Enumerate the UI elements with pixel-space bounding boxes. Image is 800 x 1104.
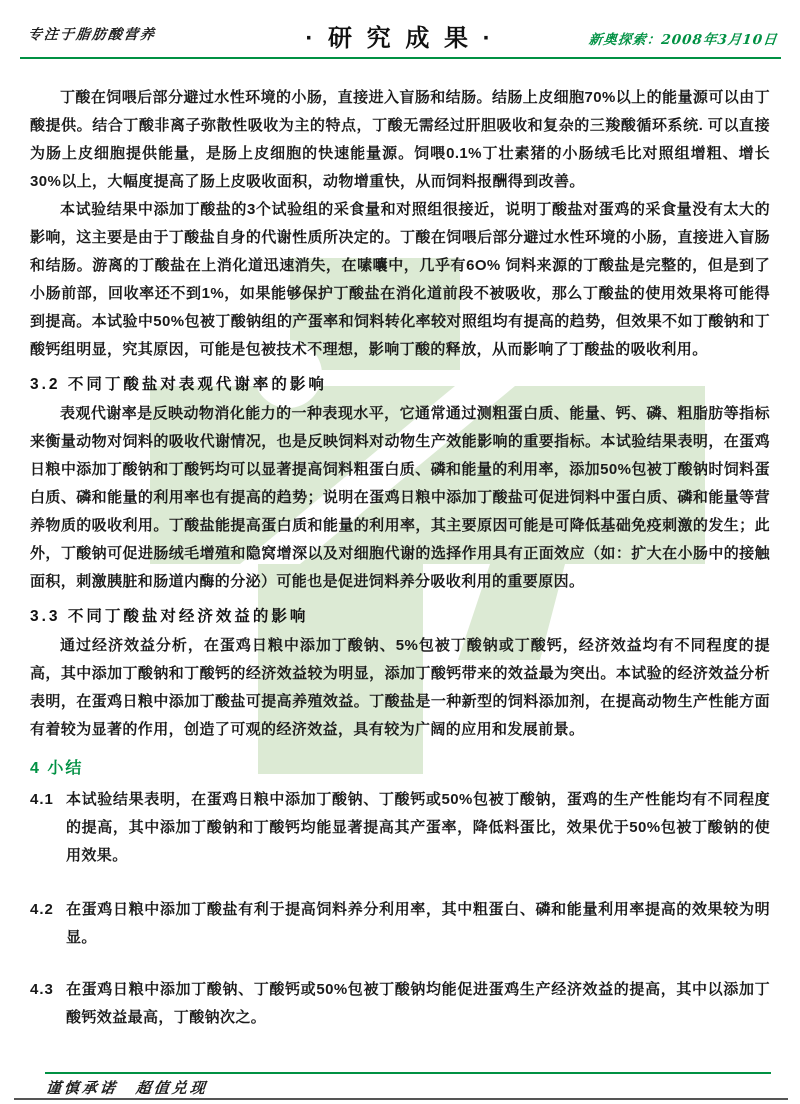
document-page: 专注于脂肪酸营养 · 研 究 成 果 · 新奥探索：2008年3月10日 丁酸在… <box>0 0 800 1104</box>
summary-item-text: 在蛋鸡日粮中添加丁酸钠、丁酸钙或50%包被丁酸钠均能促进蛋鸡生产经济效益的提高，… <box>66 981 770 1026</box>
section-heading-3-3: 3.3 不同丁酸盐对经济效益的影响 <box>30 606 770 628</box>
header-right-date: 新奥探索：2008年3月10日 <box>588 28 779 48</box>
footer-slogan: 谨慎承诺 超值兑现 <box>45 1077 209 1098</box>
header-rule <box>20 57 781 59</box>
paragraph-butyric-absorption: 丁酸在饲喂后部分避过水性环境的小肠，直接进入盲肠和结肠。结肠上皮细胞70%以上的… <box>30 84 770 196</box>
summary-heading: 4 小结 <box>30 758 770 780</box>
summary-item-text: 本试验结果表明，在蛋鸡日粮中添加丁酸钠、丁酸钙或50%包被丁酸钠，蛋鸡的生产性能… <box>66 791 770 864</box>
footer-rule <box>45 1072 771 1074</box>
bottom-edge-line <box>14 1098 788 1100</box>
summary-item-number: 4.1 <box>30 786 54 814</box>
summary-item-number: 4.3 <box>30 976 54 1004</box>
summary-item-4-2: 4.2 在蛋鸡日粮中添加丁酸盐有利于提高饲料养分利用率，其中粗蛋白、磷和能量利用… <box>30 896 770 952</box>
summary-item-4-1: 4.1 本试验结果表明，在蛋鸡日粮中添加丁酸钠、丁酸钙或50%包被丁酸钠，蛋鸡的… <box>30 786 770 870</box>
section-paragraph-3-3: 通过经济效益分析，在蛋鸡日粮中添加丁酸钠、5%包被丁酸钠或丁酸钙，经济效益均有不… <box>30 632 770 744</box>
paragraph-feed-intake: 本试验结果中添加丁酸盐的3个试验组的采食量和对照组很接近，说明丁酸盐对蛋鸡的采食… <box>30 196 770 364</box>
summary-item-text: 在蛋鸡日粮中添加丁酸盐有利于提高饲料养分利用率，其中粗蛋白、磷和能量利用率提高的… <box>66 901 770 946</box>
article-body: 丁酸在饲喂后部分避过水性环境的小肠，直接进入盲肠和结肠。结肠上皮细胞70%以上的… <box>30 84 770 1032</box>
summary-item-4-3: 4.3 在蛋鸡日粮中添加丁酸钠、丁酸钙或50%包被丁酸钠均能促进蛋鸡生产经济效益… <box>30 976 770 1032</box>
section-paragraph-3-2: 表观代谢率是反映动物消化能力的一种表现水平，它通常通过测粗蛋白质、能量、钙、磷、… <box>30 400 770 596</box>
section-heading-3-2: 3.2 不同丁酸盐对表观代谢率的影响 <box>30 374 770 396</box>
summary-item-number: 4.2 <box>30 896 54 924</box>
